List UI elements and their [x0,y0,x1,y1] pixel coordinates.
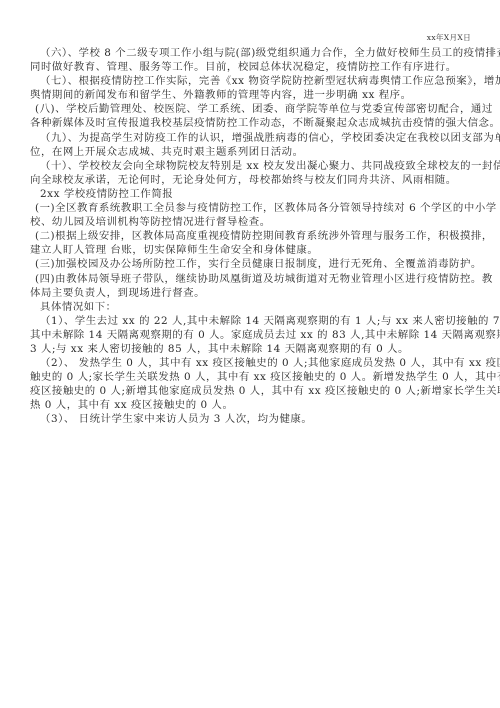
item-two-line-1: (二)根据上级安排，区教体局高度重视疫情防控期间教育系统涉外管理与服务工作，积极… [30,229,472,243]
item-one-line-2: 校、幼儿园及培训机构等防控情况进行督导检查。 [30,215,472,229]
paragraph-six-line-2: 同时做好教育、管理、服务等工作。目前，校园总体状况稳定，疫情防控工作有序进行。 [30,60,472,74]
item-three-line-1: (三)加强校园及办公场所防控工作，实行全员健康日报制度，进行无死角、全覆盖消毒防… [30,257,472,271]
section-heading: 2xx 学校疫情防控工作简报 [30,187,472,201]
detail-one-line-3: 3 人;与 xx 来人密切接触的 85 人，其中未解除 14 天隔离观察期的有 … [30,342,472,356]
detail-two-line-1: （2）、 发热学生 0 人，其中有 xx 疫区接触史的 0 人;其他家庭成员发热… [30,356,472,370]
detail-three-line-1: （3）、 日统计学生家中来访人员为 3 人次，均为健康。 [30,412,472,426]
document-page: xx年X月X日 （六）、学校 8 个二级专项工作小组与院(部)级党组织通力合作，… [0,0,500,708]
paragraph-six-line-1: （六）、学校 8 个二级专项工作小组与院(部)级党组织通力合作，全力做好校师生员… [30,46,472,60]
document-body: （六）、学校 8 个二级专项工作小组与院(部)级党组织通力合作，全力做好校师生员… [30,46,472,427]
detail-one-line-2: 其中未解除 14 天隔离观察期的有 0 人。家庭成员去过 xx 的 83 人,其… [30,328,472,342]
detail-two-line-2: 触史的 0 人;家长学生关联发热 0 人，其中有 xx 疫区接触史的 0 人。新… [30,370,472,384]
paragraph-seven-line-1: （七）、根据疫情防控工作实际，完善《xx 物资学院防控新型冠状病毒舆情工作应急预… [30,74,472,88]
detail-two-line-3: 疫区接触史的 0 人;新增其他家庭成员发热 0 人，其中有 xx 疫区接触史的 … [30,384,472,398]
details-heading: 具体情况如下： [30,300,472,314]
detail-one-line-1: （1）、学生去过 xx 的 22 人,其中未解除 14 天隔离观察期的有 1 人… [30,314,472,328]
paragraph-nine-line-1: （九）、为提高学生对防疫工作的认识，增强战胜病毒的信心，学校团委决定在我校以团支… [30,131,472,145]
item-two-line-2: 建立人盯人管理 台账，切实保障师生生命安全和身体健康。 [30,243,472,257]
paragraph-nine-line-2: 位，在网上开展众志成城、共克时艰主题系列团日活动。 [30,145,472,159]
item-four-line-2: 体局主要负责人，到现场进行督查。 [30,286,472,300]
paragraph-seven-line-2: 舆情期间的新闻发布和留学生、外籍教师的管理等内容，进一步明确 xx 程序。 [30,88,472,102]
paragraph-ten-line-1: （十）、学校校友会向全球物院校友特别是 xx 校友发出凝心聚力、共同战疫致全球校… [30,159,472,173]
paragraph-eight-line-2: 各种新媒体及时宣传报道我校基层疫情防控工作动态，不断凝聚起众志成城抗击疫情的强大… [30,116,472,130]
item-one-line-1: (一)全区教育系统教职工全员参与疫情防控工作，区教体局各分管领导持续对 6 个学… [30,201,472,215]
paragraph-ten-line-2: 向全球校友承诺，无论何时，无论身处何方，母校都始终与校友们同舟共济、风雨相随。 [30,173,472,187]
document-date: xx年X月X日 [427,33,471,43]
item-four-line-1: (四)由教体局领导班子带队，继续协助凤凰街道及坊城街道对无物业管理小区进行疫情防… [30,272,472,286]
detail-two-line-4: 热 0 人，其中有 xx 疫区接触史的 0 人。 [30,398,472,412]
paragraph-eight-line-1: (八)、学校后勤管理处、校医院、学工系统、团委、商学院等单位与党委宣传部密切配合… [30,102,472,116]
